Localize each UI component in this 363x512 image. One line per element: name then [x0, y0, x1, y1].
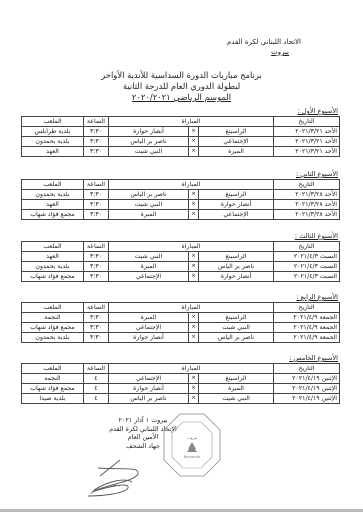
versus-mark: × — [189, 323, 199, 333]
match-date: الأحد ٢٠٢١/٣/٢٨ — [274, 200, 340, 210]
away-team: النبي شيت — [108, 147, 188, 157]
header-time: الساعة — [83, 303, 108, 313]
venue: بلدية صيدا — [21, 394, 83, 404]
venue: العهد — [21, 147, 83, 157]
home-team: الإجتماعي — [199, 137, 274, 147]
away-team: النبي شيت — [108, 252, 188, 262]
header-match: المباراة — [108, 364, 273, 374]
kickoff-time: ٣:٣٠ — [83, 313, 108, 323]
kickoff-time: ٣:٣٠ — [83, 333, 108, 343]
venue: بلدية بحمدون — [21, 137, 83, 147]
signature-scribble-icon — [80, 456, 150, 498]
versus-mark: × — [189, 262, 199, 272]
header-time: الساعة — [83, 242, 108, 252]
title-line-2: لبطولة الدوري العام للدرجة الثانية — [0, 81, 363, 92]
header-time: الساعة — [83, 180, 108, 190]
versus-mark: × — [189, 210, 199, 220]
home-team: النبي شيت — [199, 323, 274, 333]
week-section: الأسبوع الأول : التاريخ المباراة الساعة … — [22, 106, 340, 157]
table-row: الجمعة ٢٠٢١/٤/٩ الراسينغ × المبرة ٣:٣٠ ا… — [21, 313, 339, 323]
home-team: الراسينغ — [199, 127, 274, 137]
match-date: الأحد ٢٠٢١/٣/٢١ — [274, 147, 340, 157]
header-date: التاريخ — [274, 303, 340, 313]
away-team: المبرة — [108, 262, 188, 272]
home-team: ناصر بر الياس — [199, 333, 274, 343]
header-match: المباراة — [108, 242, 273, 252]
venue: بلدية بحمدون — [21, 190, 83, 200]
kickoff-time: ٣:٣٠ — [83, 200, 108, 210]
week-section: الأسبوع الخامس : التاريخ المباراة الساعة… — [22, 353, 340, 404]
kickoff-time: ٤ — [83, 384, 108, 394]
header-time: الساعة — [83, 364, 108, 374]
week-table: التاريخ المباراة الساعة الملعب الجمعة ٢٠… — [21, 302, 340, 343]
match-date: الأحد ٢٠٢١/٣/٢١ — [274, 137, 340, 147]
kickoff-time: ٣:٣٠ — [83, 147, 108, 157]
week-table: التاريخ المباراة الساعة الملعب الأحد ٢٠٢… — [21, 116, 340, 157]
home-team: الراسينغ — [199, 252, 274, 262]
home-team: ناصر بر الياس — [199, 262, 274, 272]
kickoff-time: ٣:٣٠ — [83, 252, 108, 262]
header-date: التاريخ — [274, 180, 340, 190]
week-table: التاريخ المباراة الساعة الملعب السبت ٢٠٢… — [21, 241, 340, 282]
table-header-row: التاريخ المباراة الساعة الملعب — [21, 117, 339, 127]
venue: مجمع فؤاد شهاب — [21, 272, 83, 282]
home-team: المبرة — [199, 384, 274, 394]
table-row: الأحد ٢٠٢١/٣/٢٨ الراسينغ × ناصر بر الياس… — [21, 190, 339, 200]
week-section: الأسبوع الثالث : التاريخ المباراة الساعة… — [22, 231, 340, 282]
home-team: المبرة — [199, 147, 274, 157]
table-row: الأحد ٢٠٢١/٣/٢١ الإجتماعي × ناصر بر اليا… — [21, 137, 339, 147]
week-section: الأسبوع الرابع : التاريخ المباراة الساعة… — [22, 292, 340, 343]
match-date: الأحد ٢٠٢١/٣/٢١ — [274, 127, 340, 137]
home-team: أنصار حوارة — [199, 200, 274, 210]
kickoff-time: ٣:٣٠ — [83, 272, 108, 282]
header-venue: الملعب — [21, 303, 83, 313]
week-table: التاريخ المباراة الساعة الملعب الأحد ٢٠٢… — [21, 179, 340, 220]
header-venue: الملعب — [21, 180, 83, 190]
away-team: الإجتماعي — [108, 272, 188, 282]
match-date: الجمعة ٢٠٢١/٤/٩ — [274, 333, 340, 343]
table-row: الإثنين ٢٠٢١/٤/١٩ الراسينغ × الإجتماعي ٤… — [21, 374, 339, 384]
kickoff-time: ٤ — [83, 394, 108, 404]
header-venue: الملعب — [21, 117, 83, 127]
table-header-row: التاريخ المباراة الساعة الملعب — [21, 303, 339, 313]
venue: مجمع فؤاد شهاب — [21, 323, 83, 333]
kickoff-time: ٣:٣٠ — [83, 137, 108, 147]
away-team: ناصر بر الياس — [108, 137, 188, 147]
week-section: الأسبوع الثاني : التاريخ المباراة الساعة… — [22, 169, 340, 220]
table-row: الجمعة ٢٠٢١/٤/٩ ناصر بر الياس × أنصار حو… — [21, 333, 339, 343]
venue: مجمع فؤاد شهاب — [21, 210, 83, 220]
week-table: التاريخ المباراة الساعة الملعب الإثنين ٢… — [21, 363, 340, 404]
table-row: السبت ٢٠٢١/٤/٣ أنصار حوارة × الإجتماعي ٣… — [21, 272, 339, 282]
header-date: التاريخ — [274, 242, 340, 252]
organization-header: الاتحاد اللبناني لكرة القدم بيروت — [227, 37, 301, 57]
title-line-1: برنامج مباريات الدورة السداسية للأندية ا… — [0, 70, 363, 81]
header-match: المباراة — [108, 180, 273, 190]
versus-mark: × — [189, 127, 199, 137]
week-label: الأسبوع الأول : — [22, 106, 340, 116]
versus-mark: × — [189, 252, 199, 262]
table-row: الأحد ٢٠٢١/٣/٢٨ الإجتماعي × المبرة ٣:٣٠ … — [21, 210, 339, 220]
organization-name: الاتحاد اللبناني لكرة القدم — [227, 38, 301, 46]
header-date: التاريخ — [274, 364, 340, 374]
federation-seal-icon: بيروت Beyrouth — [162, 412, 222, 478]
versus-mark: × — [189, 394, 199, 404]
week-label: الأسبوع الخامس : — [22, 353, 340, 363]
header-match: المباراة — [108, 303, 273, 313]
kickoff-time: ٣:٣٠ — [83, 323, 108, 333]
versus-mark: × — [189, 384, 199, 394]
kickoff-time: ٣:٣٠ — [83, 190, 108, 200]
header-venue: الملعب — [21, 364, 83, 374]
table-row: الأحد ٢٠٢١/٣/٢١ المبرة × النبي شيت ٣:٣٠ … — [21, 147, 339, 157]
table-row: الأحد ٢٠٢١/٣/٢٨ أنصار حوارة × النبي شيت … — [21, 200, 339, 210]
header-time: الساعة — [83, 117, 108, 127]
table-header-row: التاريخ المباراة الساعة الملعب — [21, 364, 339, 374]
table-row: الإثنين ٢٠٢١/٤/١٩ المبرة × أنصار حوارة ٤… — [21, 384, 339, 394]
away-team: ناصر بر الياس — [108, 394, 188, 404]
versus-mark: × — [189, 137, 199, 147]
home-team: النبي شيت — [199, 394, 274, 404]
table-row: السبت ٢٠٢١/٤/٣ الراسينغ × النبي شيت ٣:٣٠… — [21, 252, 339, 262]
header-date: التاريخ — [274, 117, 340, 127]
season-label: الموسم الرياضي ٢٠٢٠/٢٠٢١ — [0, 92, 363, 103]
venue: بلدية طرابلس — [21, 127, 83, 137]
away-team: أنصار حوارة — [108, 127, 188, 137]
match-date: الإثنين ٢٠٢١/٤/١٩ — [274, 384, 340, 394]
kickoff-time: ٣:٣٠ — [83, 127, 108, 137]
away-team: أنصار حوارة — [108, 333, 188, 343]
venue: بلدية بحمدون — [21, 333, 83, 343]
away-team: أنصار حوارة — [108, 384, 188, 394]
home-team: الإجتماعي — [199, 210, 274, 220]
home-team: أنصار حوارة — [199, 272, 274, 282]
match-date: الجمعة ٢٠٢١/٤/٩ — [274, 323, 340, 333]
away-team: النبي شيت — [108, 200, 188, 210]
table-row: الأحد ٢٠٢١/٣/٢١ الراسينغ × أنصار حوارة ٣… — [21, 127, 339, 137]
home-team: الراسينغ — [199, 374, 274, 384]
header-venue: الملعب — [21, 242, 83, 252]
venue: العهد — [21, 252, 83, 262]
kickoff-time: ٣:٣٠ — [83, 210, 108, 220]
kickoff-time: ٣:٣٠ — [83, 262, 108, 272]
match-date: الأحد ٢٠٢١/٣/٢٨ — [274, 210, 340, 220]
table-row: الإثنين ٢٠٢١/٤/١٩ النبي شيت × ناصر بر ال… — [21, 394, 339, 404]
table-header-row: التاريخ المباراة الساعة الملعب — [21, 180, 339, 190]
home-team: الراسينغ — [199, 190, 274, 200]
versus-mark: × — [189, 200, 199, 210]
svg-text:بيروت: بيروت — [187, 435, 197, 440]
versus-mark: × — [189, 374, 199, 384]
venue: بلدية بحمدون — [21, 262, 83, 272]
venue: النجمة — [21, 313, 83, 323]
versus-mark: × — [189, 147, 199, 157]
table-header-row: التاريخ المباراة الساعة الملعب — [21, 242, 339, 252]
match-date: السبت ٢٠٢١/٤/٣ — [274, 272, 340, 282]
venue: مجمع فؤاد شهاب — [21, 384, 83, 394]
away-team: الإجتماعي — [108, 374, 188, 384]
document-title: برنامج مباريات الدورة السداسية للأندية ا… — [0, 70, 363, 103]
versus-mark: × — [189, 313, 199, 323]
versus-mark: × — [189, 333, 199, 343]
match-date: الأحد ٢٠٢١/٣/٢٨ — [274, 190, 340, 200]
away-team: المبرة — [108, 313, 188, 323]
city-name: بيروت — [227, 47, 289, 57]
week-label: الأسبوع الثاني : — [22, 169, 340, 179]
match-date: السبت ٢٠٢١/٤/٣ — [274, 262, 340, 272]
away-team: المبرة — [108, 210, 188, 220]
venue: النجمة — [21, 374, 83, 384]
versus-mark: × — [189, 190, 199, 200]
match-date: الإثنين ٢٠٢١/٤/١٩ — [274, 394, 340, 404]
versus-mark: × — [189, 272, 199, 282]
week-label: الأسبوع الرابع : — [22, 292, 340, 302]
venue: العهد — [21, 200, 83, 210]
kickoff-time: ٤ — [83, 374, 108, 384]
week-label: الأسبوع الثالث : — [22, 231, 340, 241]
match-date: الإثنين ٢٠٢١/٤/١٩ — [274, 374, 340, 384]
table-row: السبت ٢٠٢١/٤/٣ ناصر بر الياس × المبرة ٣:… — [21, 262, 339, 272]
match-date: السبت ٢٠٢١/٤/٣ — [274, 252, 340, 262]
svg-text:Beyrouth: Beyrouth — [184, 455, 200, 459]
table-row: الجمعة ٢٠٢١/٤/٩ النبي شيت × الإجتماعي ٣:… — [21, 323, 339, 333]
match-date: الجمعة ٢٠٢١/٤/٩ — [274, 313, 340, 323]
home-team: الراسينغ — [199, 313, 274, 323]
header-match: المباراة — [108, 117, 273, 127]
away-team: الإجتماعي — [108, 323, 188, 333]
away-team: ناصر بر الياس — [108, 190, 188, 200]
